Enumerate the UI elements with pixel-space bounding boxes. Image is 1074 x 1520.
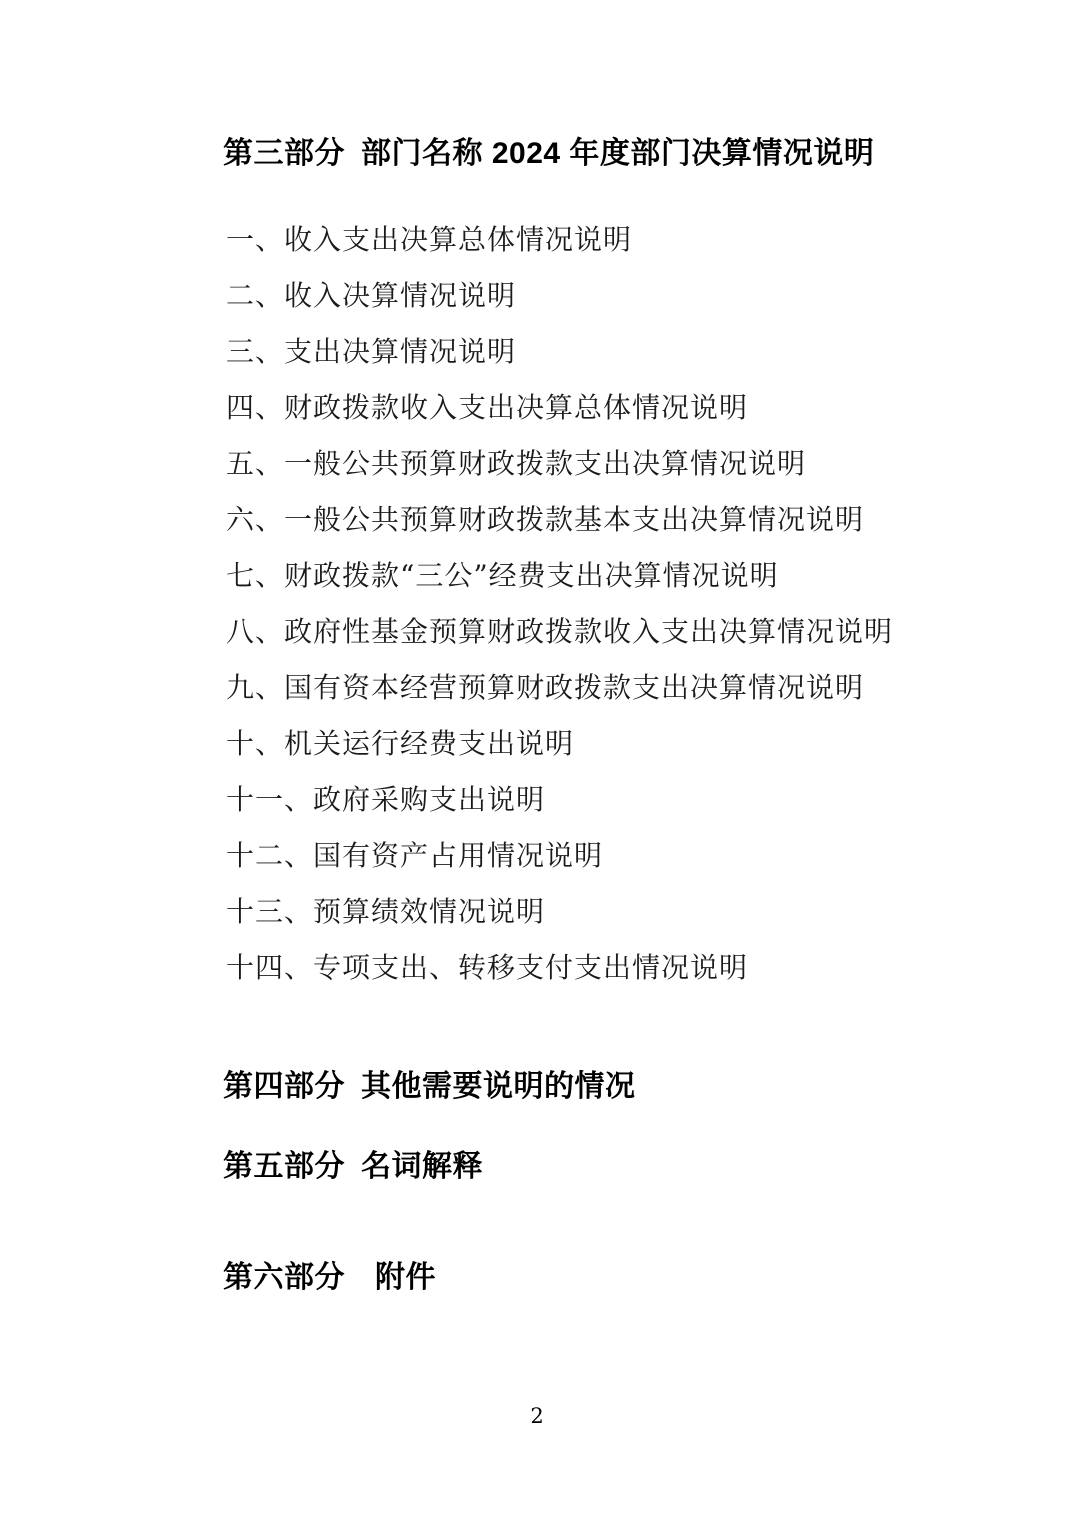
toc-item-11: 十一、政府采购支出说明: [226, 772, 893, 828]
toc-item-14: 十四、专项支出、转移支付支出情况说明: [226, 940, 893, 996]
toc-item-1: 一、收入支出决算总体情况说明: [226, 212, 893, 268]
toc-item-3: 三、支出决算情况说明: [226, 324, 893, 380]
toc-item-9: 九、国有资本经营预算财政拨款支出决算情况说明: [226, 660, 893, 716]
toc-item-4: 四、财政拨款收入支出决算总体情况说明: [226, 380, 893, 436]
part3-heading: 第三部分部门名称 2024 年度部门决算情况说明: [223, 137, 874, 171]
toc-item-12: 十二、国有资产占用情况说明: [226, 828, 893, 884]
toc-item-10: 十、机关运行经费支出说明: [226, 716, 893, 772]
toc-item-2: 二、收入决算情况说明: [226, 268, 893, 324]
toc-item-6: 六、一般公共预算财政拨款基本支出决算情况说明: [226, 492, 893, 548]
page-number: 2: [0, 1404, 1074, 1428]
toc-item-8: 八、政府性基金预算财政拨款收入支出决算情况说明: [226, 604, 893, 660]
toc-list: 一、收入支出决算总体情况说明 二、收入决算情况说明 三、支出决算情况说明 四、财…: [226, 212, 893, 996]
toc-item-13: 十三、预算绩效情况说明: [226, 884, 893, 940]
part6-title: 附件: [375, 1261, 436, 1294]
part3-number: 第三部分: [223, 137, 345, 171]
part4-heading: 第四部分其他需要说明的情况: [223, 1070, 636, 1104]
document-page: 第三部分部门名称 2024 年度部门决算情况说明 一、收入支出决算总体情况说明 …: [0, 0, 1074, 1520]
part3-title: 部门名称 2024 年度部门决算情况说明: [361, 137, 874, 170]
toc-item-7: 七、财政拨款“三公”经费支出决算情况说明: [226, 548, 893, 604]
part6-number: 第六部分: [223, 1261, 345, 1295]
part5-heading: 第五部分名词解释: [223, 1150, 483, 1184]
toc-item-5: 五、一般公共预算财政拨款支出决算情况说明: [226, 436, 893, 492]
part6-heading: 第六部分附件: [223, 1261, 436, 1295]
part5-title: 名词解释: [361, 1150, 483, 1183]
part5-number: 第五部分: [223, 1150, 345, 1184]
part4-number: 第四部分: [223, 1070, 345, 1104]
part4-title: 其他需要说明的情况: [361, 1070, 636, 1103]
